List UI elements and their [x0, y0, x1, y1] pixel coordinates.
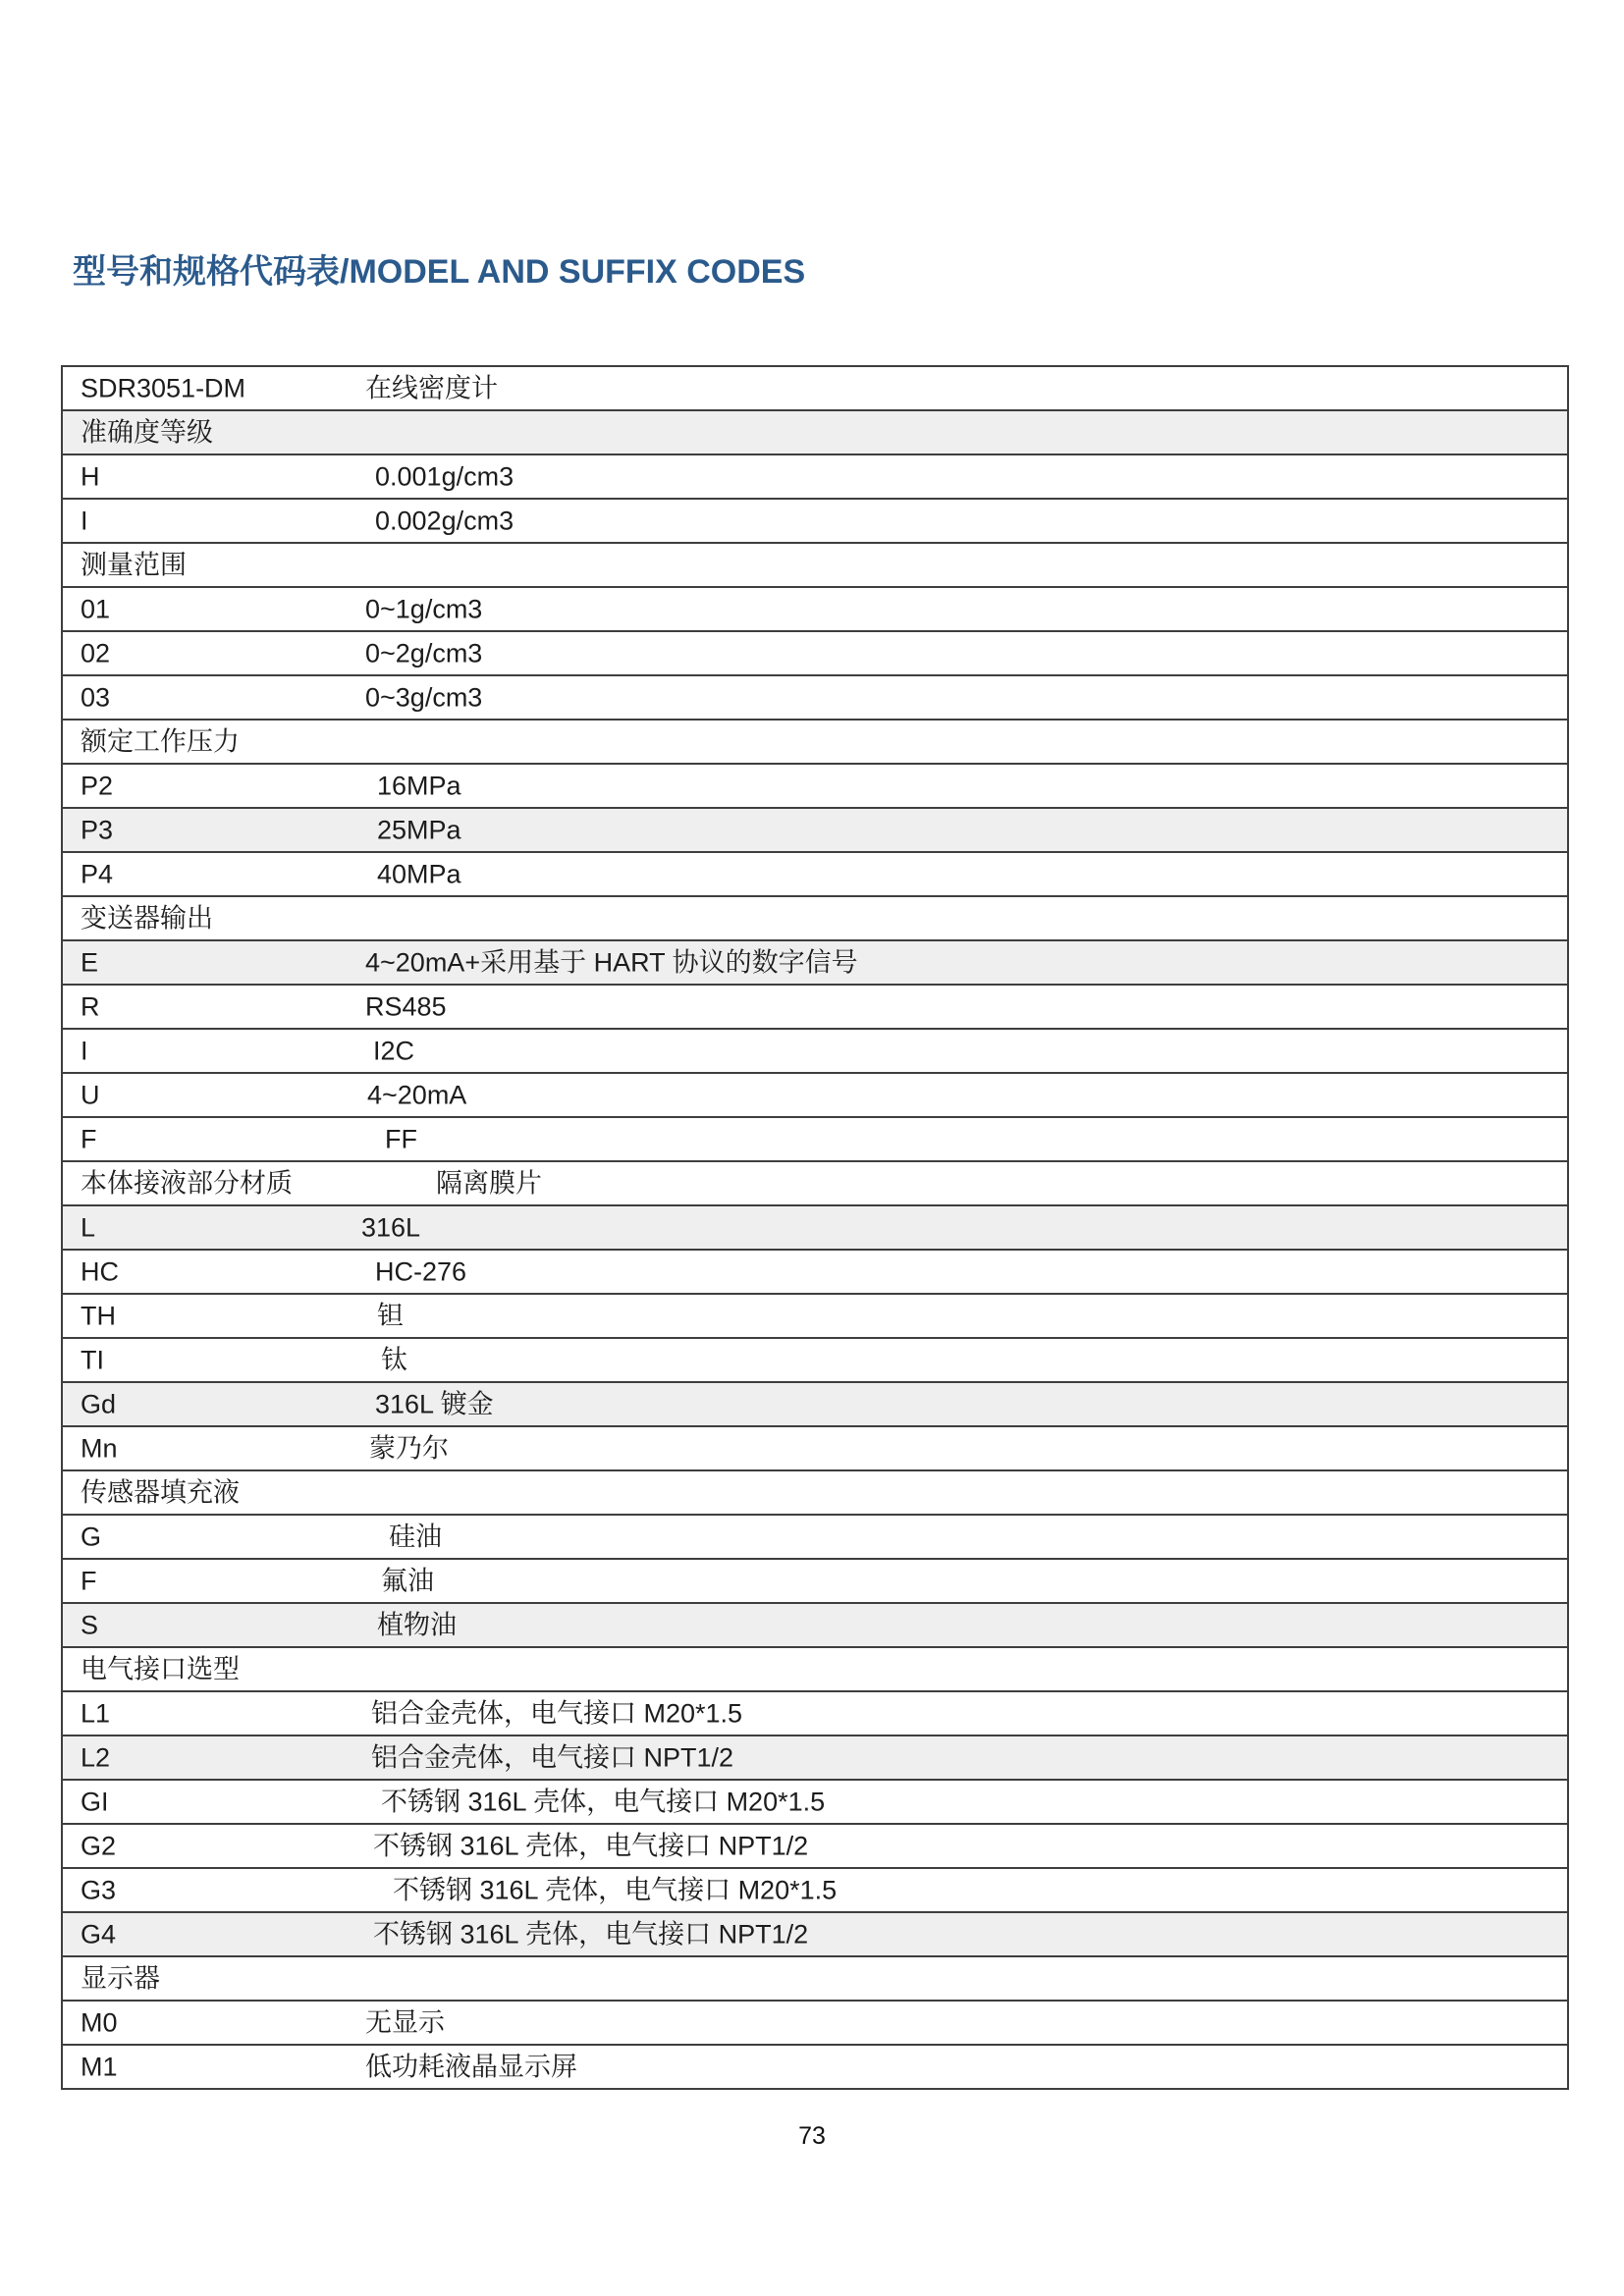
table-row: M0无显示 — [63, 2000, 1567, 2044]
code-cell: GI — [81, 1789, 109, 1815]
code-cell: TI — [81, 1347, 104, 1373]
description-cell: 低功耗液晶显示屏 — [365, 2054, 577, 2080]
table-section-header-row: 显示器 — [63, 1955, 1567, 2000]
description-cell: 0.002g/cm3 — [375, 507, 514, 534]
table-row: II2C — [63, 1028, 1567, 1072]
model-suffix-codes-table: SDR3051-DM在线密度计准确度等级H0.001g/cm3I0.002g/c… — [61, 365, 1569, 2090]
code-cell: P2 — [81, 773, 113, 799]
table-row: I0.002g/cm3 — [63, 498, 1567, 542]
description-cell: 4~20mA+采用基于 HART 协议的数字信号 — [365, 949, 858, 976]
description-cell: 16MPa — [377, 773, 461, 799]
table-row: G3不锈钢 316L 壳体，电气接口 M20*1.5 — [63, 1867, 1567, 1911]
table-section-header-row: 电气接口选型 — [63, 1646, 1567, 1690]
description-cell: 0.001g/cm3 — [375, 463, 514, 490]
table-section-header-row: 本体接液部分材质隔离膜片 — [63, 1160, 1567, 1204]
description-cell: 铝合金壳体，电气接口 M20*1.5 — [371, 1700, 742, 1727]
table-row: L316L — [63, 1204, 1567, 1249]
code-cell: Gd — [81, 1391, 116, 1417]
description-cell: 不锈钢 316L 壳体，电气接口 NPT1/2 — [373, 1833, 808, 1859]
table-section-header-row: 额定工作压力 — [63, 719, 1567, 763]
table-section-header-row: 传感器填充液 — [63, 1469, 1567, 1514]
description-cell: 在线密度计 — [365, 375, 498, 401]
code-cell: G3 — [81, 1877, 116, 1903]
description-cell: 不锈钢 316L 壳体，电气接口 M20*1.5 — [381, 1789, 825, 1815]
table-row: SDR3051-DM在线密度计 — [63, 367, 1567, 409]
table-row: F氟油 — [63, 1558, 1567, 1602]
table-row: E4~20mA+采用基于 HART 协议的数字信号 — [63, 939, 1567, 984]
table-row: 010~1g/cm3 — [63, 586, 1567, 630]
description-cell: 0~1g/cm3 — [365, 596, 482, 622]
code-cell: 变送器输出 — [81, 905, 213, 932]
description-cell: 25MPa — [377, 817, 461, 843]
description-cell: 钛 — [381, 1347, 407, 1373]
description-cell: RS485 — [365, 993, 447, 1020]
code-cell: F — [81, 1568, 97, 1594]
description-cell: 不锈钢 316L 壳体，电气接口 NPT1/2 — [373, 1921, 808, 1948]
description-cell: 0~2g/cm3 — [365, 640, 482, 667]
code-cell: 03 — [81, 684, 110, 711]
table-row: L1铝合金壳体，电气接口 M20*1.5 — [63, 1690, 1567, 1735]
description-cell: 隔离膜片 — [436, 1170, 542, 1197]
table-section-header-row: 准确度等级 — [63, 409, 1567, 454]
description-cell: FF — [385, 1126, 417, 1152]
table-row: Gd316L 镀金 — [63, 1381, 1567, 1425]
code-cell: 本体接液部分材质 — [81, 1170, 293, 1197]
table-row: Mn蒙乃尔 — [63, 1425, 1567, 1469]
code-cell: I — [81, 1038, 88, 1064]
code-cell: I — [81, 507, 88, 534]
code-cell: G4 — [81, 1921, 116, 1948]
code-cell: SDR3051-DM — [81, 375, 245, 401]
description-cell: 植物油 — [377, 1612, 457, 1638]
description-cell: 40MPa — [377, 861, 461, 887]
code-cell: P3 — [81, 817, 113, 843]
table-row: H0.001g/cm3 — [63, 454, 1567, 498]
table-section-header-row: 变送器输出 — [63, 895, 1567, 939]
code-cell: 准确度等级 — [81, 419, 213, 446]
code-cell: 显示器 — [81, 1965, 160, 1992]
code-cell: H — [81, 463, 100, 490]
table-row: TH钽 — [63, 1293, 1567, 1337]
description-cell: HC-276 — [375, 1258, 466, 1285]
code-cell: E — [81, 949, 98, 976]
code-cell: 传感器填充液 — [81, 1479, 240, 1506]
code-cell: 电气接口选型 — [81, 1656, 240, 1682]
table-row: G硅油 — [63, 1514, 1567, 1558]
table-row: GI不锈钢 316L 壳体，电气接口 M20*1.5 — [63, 1779, 1567, 1823]
table-row: FFF — [63, 1116, 1567, 1160]
code-cell: L — [81, 1214, 95, 1241]
code-cell: F — [81, 1126, 97, 1152]
table-row: 020~2g/cm3 — [63, 630, 1567, 674]
code-cell: P4 — [81, 861, 113, 887]
code-cell: U — [81, 1082, 100, 1108]
code-cell: G2 — [81, 1833, 116, 1859]
table-row: P325MPa — [63, 807, 1567, 851]
description-cell: 钽 — [377, 1303, 404, 1329]
code-cell: G — [81, 1523, 101, 1550]
description-cell: 硅油 — [389, 1523, 442, 1550]
table-row: S植物油 — [63, 1602, 1567, 1646]
code-cell: 02 — [81, 640, 110, 667]
table-row: P216MPa — [63, 763, 1567, 807]
description-cell: 氟油 — [381, 1568, 434, 1594]
description-cell: 蒙乃尔 — [369, 1435, 449, 1462]
table-row: L2铝合金壳体，电气接口 NPT1/2 — [63, 1735, 1567, 1779]
code-cell: M0 — [81, 2009, 118, 2036]
code-cell: 额定工作压力 — [81, 728, 240, 755]
table-row: G2不锈钢 316L 壳体，电气接口 NPT1/2 — [63, 1823, 1567, 1867]
code-cell: L1 — [81, 1700, 110, 1727]
page-title: 型号和规格代码表/MODEL AND SUFFIX CODES — [73, 253, 805, 292]
table-row: U4~20mA — [63, 1072, 1567, 1116]
page-number: 73 — [0, 2122, 1624, 2151]
table-row: HCHC-276 — [63, 1249, 1567, 1293]
description-cell: 0~3g/cm3 — [365, 684, 482, 711]
table-row: RRS485 — [63, 984, 1567, 1028]
code-cell: HC — [81, 1258, 119, 1285]
description-cell: 不锈钢 316L 壳体，电气接口 M20*1.5 — [393, 1877, 837, 1903]
table-section-header-row: 测量范围 — [63, 542, 1567, 586]
description-cell: 铝合金壳体，电气接口 NPT1/2 — [371, 1744, 733, 1771]
table-row: P440MPa — [63, 851, 1567, 895]
code-cell: S — [81, 1612, 98, 1638]
code-cell: M1 — [81, 2054, 118, 2080]
table-row: G4不锈钢 316L 壳体，电气接口 NPT1/2 — [63, 1911, 1567, 1955]
code-cell: TH — [81, 1303, 116, 1329]
code-cell: Mn — [81, 1435, 118, 1462]
code-cell: R — [81, 993, 100, 1020]
table-row: TI钛 — [63, 1337, 1567, 1381]
description-cell: 316L — [361, 1214, 420, 1241]
description-cell: 4~20mA — [367, 1082, 466, 1108]
table-row: M1低功耗液晶显示屏 — [63, 2044, 1567, 2088]
description-cell: I2C — [373, 1038, 414, 1064]
description-cell: 无显示 — [365, 2009, 445, 2036]
code-cell: 01 — [81, 596, 110, 622]
description-cell: 316L 镀金 — [375, 1391, 494, 1417]
table-row: 030~3g/cm3 — [63, 674, 1567, 719]
code-cell: 测量范围 — [81, 552, 187, 578]
code-cell: L2 — [81, 1744, 110, 1771]
